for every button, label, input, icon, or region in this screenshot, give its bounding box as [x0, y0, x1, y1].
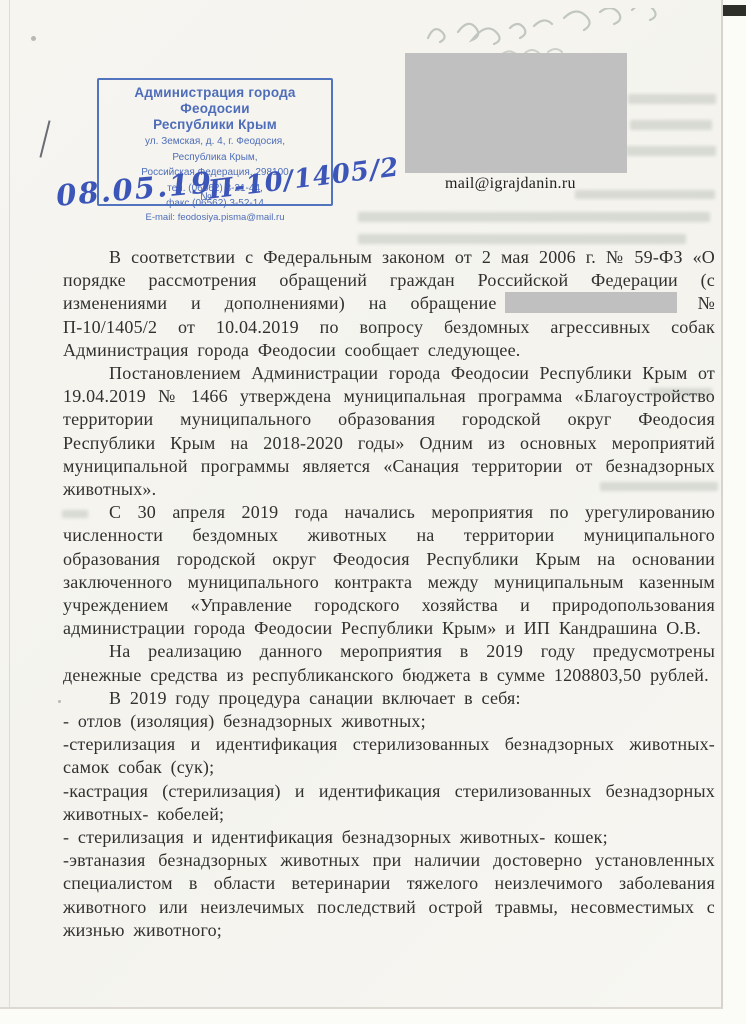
bleed-through-artifact	[626, 146, 716, 156]
stamp-org-name-line1: Администрация города Феодосии	[99, 85, 331, 117]
bleed-through-artifact	[630, 120, 712, 130]
paragraph-budget: На реализацию данного мероприятия в 2019…	[63, 640, 715, 686]
bleed-through-artifact	[358, 234, 686, 244]
stamp-address-line2: Республика Крым,	[99, 152, 331, 165]
paper-fold-line	[9, 0, 10, 1007]
stamp-address-line1: ул. Земская, д. 4, г. Феодосия,	[99, 136, 331, 149]
paragraph-legal-basis: В соответствии с Федеральным законом от …	[63, 246, 715, 362]
letter-body: В соответствии с Федеральным законом от …	[63, 246, 715, 942]
list-item-castration-males: -кастрация (стерилизация) и идентификаци…	[63, 780, 715, 826]
paper-speck	[31, 36, 36, 41]
paragraph-contract: С 30 апреля 2019 года начались мероприят…	[63, 501, 715, 640]
scan-corner-artifact	[723, 5, 746, 16]
paper-speck	[58, 700, 61, 703]
paragraph-sanation-intro: В 2019 году процедура санации включает в…	[63, 687, 715, 710]
list-item-catching: - отлов (изоляция) безнадзорных животных…	[63, 710, 715, 733]
bleed-through-artifact	[358, 212, 710, 222]
list-item-sterilization-females: -стерилизация и идентификация стерилизов…	[63, 733, 715, 779]
scanned-letter-page: mail@igrajdanin.ru Администрация города …	[0, 0, 746, 1024]
redaction-box-applicant-name	[505, 292, 677, 313]
stamp-org-name-line2: Республики Крым	[99, 117, 331, 133]
stamp-number-blank-line	[228, 204, 328, 205]
paragraph-municipal-program: Постановлением Администрации города Феод…	[63, 362, 715, 501]
recipient-email: mail@igrajdanin.ru	[445, 175, 576, 193]
bleed-through-artifact	[628, 94, 716, 104]
redaction-box-recipient	[405, 53, 627, 173]
stamp-email: E-mail: feodosiya.pisma@mail.ru	[99, 212, 331, 224]
list-item-sterilization-cats: - стерилизация и идентификация безнадзор…	[63, 826, 715, 849]
list-item-euthanasia: -эвтаназия безнадзорных животных при нал…	[63, 849, 715, 942]
bleed-through-artifact	[575, 190, 715, 199]
